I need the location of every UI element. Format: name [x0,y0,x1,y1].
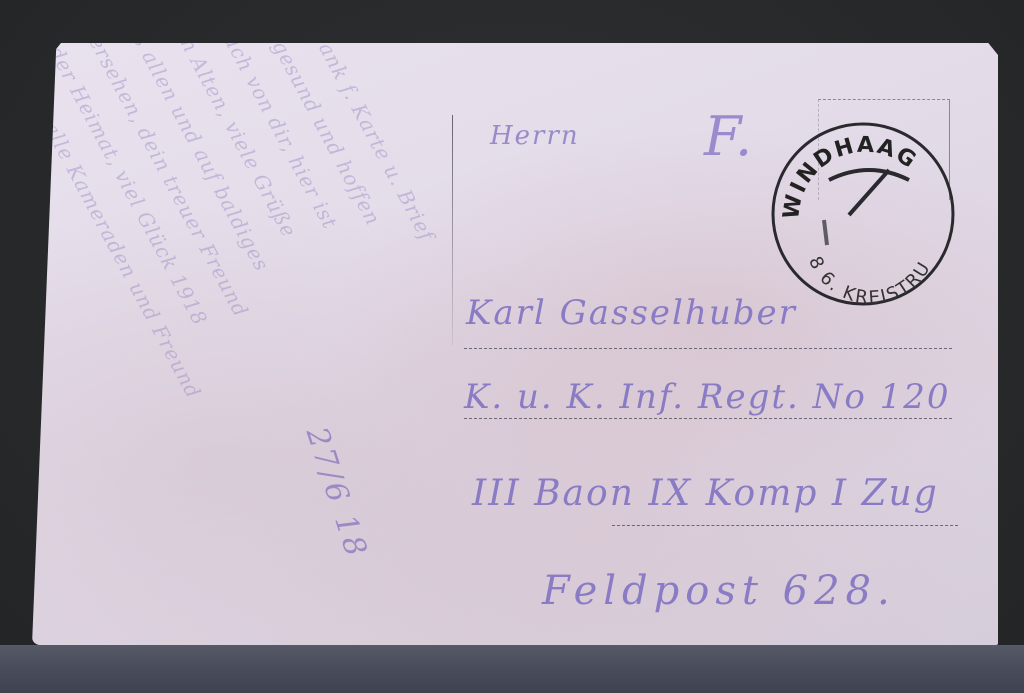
postmark-subtext: 8 6. KREISTRU [804,253,935,308]
message-text: Liebe Cousin Dank f. Karte u. Brief wir … [32,43,452,645]
feldpost-number: Feldpost 628. [542,568,896,614]
svg-text:8 6. KREISTRU: 8 6. KREISTRU [804,253,935,308]
address-line-1 [464,348,952,349]
recipient-name: Karl Gasselhuber [466,293,797,333]
salutation: Herrn [490,121,580,151]
postmark-stamp: WINDHAAG 8 6. KREISTRU [769,120,957,308]
table-surface [0,645,1024,693]
center-divider [452,115,453,345]
franking-mark: F. [704,105,754,168]
address-line-2 [464,418,952,419]
recipient-regiment: K. u. K. Inf. Regt. No 120 [464,377,951,417]
address-line-3 [612,525,958,526]
recipient-unit: III Baon IX Komp I Zug [472,473,939,514]
postcard: Liebe Cousin Dank f. Karte u. Brief wir … [32,43,998,645]
message-area: Liebe Cousin Dank f. Karte u. Brief wir … [32,43,452,645]
